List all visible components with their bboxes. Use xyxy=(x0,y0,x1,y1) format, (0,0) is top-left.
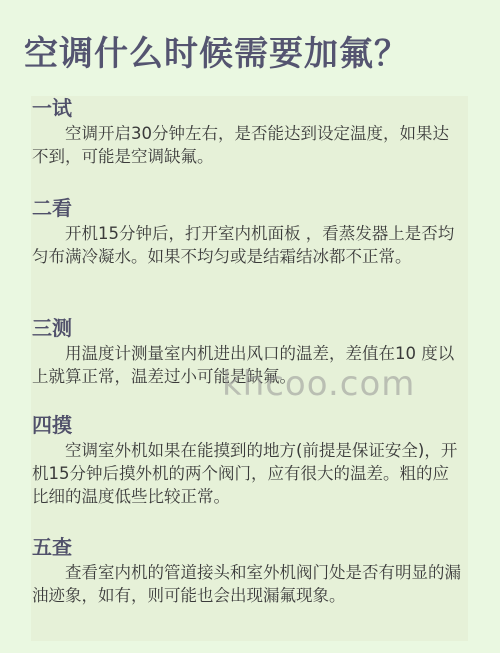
section-check: 五查 查看室内机的管道接头和室外机阀门处是否有明显的漏油迹象，如有，则可能也会出… xyxy=(32,535,462,607)
page-title: 空调什么时候需要加氟？ xyxy=(24,26,409,75)
section-heading: 三测 xyxy=(32,316,462,340)
section-body: 查看室内机的管道接头和室外机阀门处是否有明显的漏油迹象，如有，则可能也会出现漏氟… xyxy=(32,561,462,607)
section-body: 空调室外机如果在能摸到的地方(前提是保证安全)，开机15分钟后摸外机的两个阀门，… xyxy=(32,439,462,508)
section-look: 二看 开机15分钟后，打开室内机面板 ，看蒸发器上是否均匀布满冷凝水。如果不均匀… xyxy=(32,196,462,268)
section-body: 空调开启30分钟左右，是否能达到设定温度，如果达不到，可能是空调缺氟。 xyxy=(32,122,462,168)
section-heading: 二看 xyxy=(32,196,462,220)
section-body: 开机15分钟后，打开室内机面板 ，看蒸发器上是否均匀布满冷凝水。如果不均匀或是结… xyxy=(32,222,462,268)
section-heading: 四摸 xyxy=(32,413,462,437)
section-heading: 五查 xyxy=(32,535,462,559)
section-heading: 一试 xyxy=(32,96,462,120)
section-touch: 四摸 空调室外机如果在能摸到的地方(前提是保证安全)，开机15分钟后摸外机的两个… xyxy=(32,413,462,508)
section-try: 一试 空调开启30分钟左右，是否能达到设定温度，如果达不到，可能是空调缺氟。 xyxy=(32,96,462,168)
watermark: khcoo.com xyxy=(222,364,415,404)
